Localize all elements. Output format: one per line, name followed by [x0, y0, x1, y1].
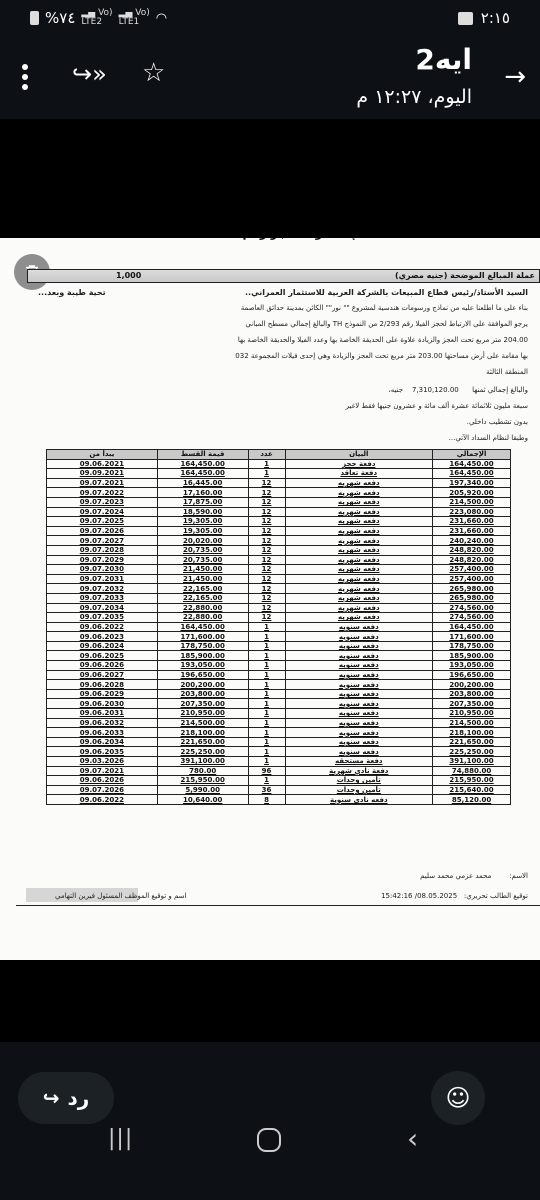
- cell-installment: 203,800.00: [157, 689, 248, 699]
- name-line: الاسم: محمد عزمي محمد سليم: [420, 872, 528, 880]
- total-unit: جنيه،: [388, 386, 403, 394]
- header-description: البيان: [285, 450, 433, 460]
- cell-count: 1: [248, 747, 285, 757]
- cell-count: 12: [248, 565, 285, 575]
- employee-name: فيرين التهامي: [55, 892, 95, 900]
- cell-total: 164,450.00: [433, 469, 511, 479]
- table-row: 09.07.202920,735.0012دفعه شهريه248,820.0…: [47, 555, 511, 565]
- table-row: 09.06.2035225,250.001دفعه سنويه225,250.0…: [47, 747, 511, 757]
- cell-description: دفعه سنويه: [285, 622, 433, 632]
- cell-total: 274,560.00: [433, 613, 511, 623]
- cell-description: دفعه سنويه: [285, 670, 433, 680]
- cell-count: 12: [248, 488, 285, 498]
- cell-installment: 210,950.00: [157, 709, 248, 719]
- cell-installment: 21,450.00: [157, 574, 248, 584]
- cell-description: تأمين وحدات: [285, 785, 433, 795]
- table-row: 09.07.203121,450.0012دفعه شهريه257,400.0…: [47, 574, 511, 584]
- back-button[interactable]: →: [504, 62, 526, 92]
- cell-start-date: 09.06.2024: [47, 641, 158, 651]
- cell-total: 265,980.00: [433, 593, 511, 603]
- cell-installment: 196,650.00: [157, 670, 248, 680]
- cell-installment: 22,880.00: [157, 603, 248, 613]
- cell-count: 1: [248, 670, 285, 680]
- cell-start-date: 09.07.2028: [47, 545, 158, 555]
- cell-count: 12: [248, 545, 285, 555]
- table-row: 09.07.203422,880.0012دفعه شهريه274,560.0…: [47, 603, 511, 613]
- cell-count: 12: [248, 478, 285, 488]
- signature-datetime: 15:42:16 /08.05.2025: [381, 892, 457, 900]
- forward-button[interactable]: ↪»: [72, 60, 107, 88]
- cell-count: 1: [248, 661, 285, 671]
- cell-count: 1: [248, 651, 285, 661]
- cell-description: دفعه شهريه: [285, 526, 433, 536]
- back-icon[interactable]: ‹: [407, 1122, 418, 1155]
- table-row: 09.06.2026193,050.001دفعه سنويه193,050.0…: [47, 661, 511, 671]
- table-row: 09.06.202210,640.008دفعه نادي سنوية85,12…: [47, 795, 511, 805]
- cell-description: دفعه شهريه: [285, 574, 433, 584]
- cell-start-date: 09.06.2026: [47, 661, 158, 671]
- cell-description: دفعه شهريه: [285, 536, 433, 546]
- cell-start-date: 09.06.2023: [47, 632, 158, 642]
- cell-installment: 16,445.00: [157, 478, 248, 488]
- cell-start-date: 09.06.2021: [47, 459, 158, 469]
- cell-total: 214,500.00: [433, 497, 511, 507]
- cell-installment: 19,305.00: [157, 526, 248, 536]
- more-options-button[interactable]: [22, 64, 30, 90]
- table-row: 09.03.2026391,100.001دفعة مستحقه391,100.…: [47, 757, 511, 767]
- cell-count: 1: [248, 689, 285, 699]
- table-row: 09.06.2022164,450.001دفعه سنويه164,450.0…: [47, 622, 511, 632]
- cell-total: 196,650.00: [433, 670, 511, 680]
- cell-description: دفعه سنويه: [285, 747, 433, 757]
- cell-start-date: 09.07.2023: [47, 497, 158, 507]
- cell-total: 265,980.00: [433, 584, 511, 594]
- cell-start-date: 09.06.2033: [47, 728, 158, 738]
- para-line-3: 204.00 متر مربع تحت العجز والزيادة علاوة…: [238, 336, 528, 344]
- cell-description: دفعه شهريه: [285, 497, 433, 507]
- cell-total: 257,400.00: [433, 574, 511, 584]
- table-row: 09.06.2021164,450.001دفعة حجز164,450.00: [47, 459, 511, 469]
- cell-installment: 171,600.00: [157, 632, 248, 642]
- cell-start-date: 09.07.2031: [47, 574, 158, 584]
- cell-installment: 22,880.00: [157, 613, 248, 623]
- table-row: 09.06.2026215,950.001تأمين وحدات215,950.…: [47, 776, 511, 786]
- cell-description: دفعه شهريه: [285, 517, 433, 527]
- table-row: 09.07.203021,450.0012دفعه شهريه257,400.0…: [47, 565, 511, 575]
- star-button[interactable]: ☆: [142, 58, 165, 88]
- currency-label: عملة المبالغ الموضحة (جنيه مصري): [395, 271, 535, 280]
- table-row: 09.07.203522,880.0012دفعه شهريه274,560.0…: [47, 613, 511, 623]
- more-vert-icon: [22, 64, 28, 70]
- cell-installment: 20,735.00: [157, 545, 248, 555]
- cell-start-date: 09.06.2027: [47, 670, 158, 680]
- forward-all-icon: ↪»: [72, 60, 107, 88]
- wifi-icon: ◠: [156, 11, 167, 26]
- cell-installment: 780.00: [157, 766, 248, 776]
- header-installment: قيمة القسط: [157, 450, 248, 460]
- header-start-date: يبدأ من: [47, 450, 158, 460]
- cell-start-date: 09.06.2031: [47, 709, 158, 719]
- table-row: 09.07.203222,165.0012دفعه شهريه265,980.0…: [47, 584, 511, 594]
- status-time-area: ٢:١٥: [458, 9, 510, 27]
- cell-installment: 19,305.00: [157, 517, 248, 527]
- cell-total: 248,820.00: [433, 545, 511, 555]
- cell-total: 215,640.00: [433, 785, 511, 795]
- cell-installment: 21,450.00: [157, 565, 248, 575]
- table-row: 09.06.2028200,200.001دفعه سنويه200,200.0…: [47, 680, 511, 690]
- cell-start-date: 09.07.2035: [47, 613, 158, 623]
- cell-description: دفعه شهريه: [285, 478, 433, 488]
- cell-total: 221,650.00: [433, 737, 511, 747]
- cell-count: 1: [248, 776, 285, 786]
- employee-line: اسم و توقيع الموظف المسئول فيرين التهامي: [55, 892, 186, 900]
- name-label: الاسم:: [509, 872, 528, 880]
- cell-total: 74,880.00: [433, 766, 511, 776]
- table-row: 09.07.202116,445.0012دفعه شهريه197,340.0…: [47, 478, 511, 488]
- cell-count: 1: [248, 718, 285, 728]
- cell-installment: 164,450.00: [157, 459, 248, 469]
- cell-total: 210,950.00: [433, 709, 511, 719]
- cell-start-date: 09.07.2033: [47, 593, 158, 603]
- cell-total: 178,750.00: [433, 641, 511, 651]
- document-image[interactable]: إستمارة الحجز رقم3025226 عملة المبالغ ال…: [0, 238, 540, 960]
- cell-count: 12: [248, 613, 285, 623]
- cell-count: 12: [248, 574, 285, 584]
- cell-installment: 22,165.00: [157, 593, 248, 603]
- sender-name: ايه2: [415, 43, 472, 76]
- cell-description: دفعه سنويه: [285, 632, 433, 642]
- cell-installment: 391,100.00: [157, 757, 248, 767]
- cell-count: 1: [248, 632, 285, 642]
- table-header-row: يبدأ من قيمة القسط عدد البيان الإجمالي: [47, 450, 511, 460]
- cell-installment: 221,650.00: [157, 737, 248, 747]
- table-row: 09.07.202519,305.0012دفعه شهريه231,660.0…: [47, 517, 511, 527]
- table-body: 09.06.2021164,450.001دفعة حجز164,450.000…: [47, 459, 511, 804]
- cell-total: 248,820.00: [433, 555, 511, 565]
- cell-installment: 5,990.00: [157, 785, 248, 795]
- table-row: 09.06.2023171,600.001دفعه سنويه171,600.0…: [47, 632, 511, 642]
- signal-icon-2: ▂▄ Vo)LTE1: [119, 9, 150, 27]
- cell-total: 223,080.00: [433, 507, 511, 517]
- cell-count: 36: [248, 785, 285, 795]
- cell-count: 8: [248, 795, 285, 805]
- table-row: 09.06.2034221,650.001دفعه سنويه221,650.0…: [47, 737, 511, 747]
- cell-start-date: 09.06.2026: [47, 776, 158, 786]
- cell-installment: 207,350.00: [157, 699, 248, 709]
- cell-installment: 17,160.00: [157, 488, 248, 498]
- cell-installment: 20,020.00: [157, 536, 248, 546]
- system-nav-bar: ||| ‹: [0, 1120, 540, 1200]
- cell-total: 274,560.00: [433, 603, 511, 613]
- cell-description: دفعه سنويه: [285, 699, 433, 709]
- payment-schedule-table: يبدأ من قيمة القسط عدد البيان الإجمالي 0…: [46, 449, 511, 805]
- cell-description: دفعه سنويه: [285, 641, 433, 651]
- table-row: 09.06.2030207,350.001دفعه سنويه207,350.0…: [47, 699, 511, 709]
- cell-total: 391,100.00: [433, 757, 511, 767]
- signal-icon: ▂▄ Vo)LTE2: [81, 9, 112, 27]
- cell-description: دفعه شهريه: [285, 593, 433, 603]
- cell-installment: 18,590.00: [157, 507, 248, 517]
- cell-description: دفعه شهريه: [285, 565, 433, 575]
- cell-count: 1: [248, 709, 285, 719]
- cell-description: دفعه سنويه: [285, 709, 433, 719]
- cell-installment: 17,875.00: [157, 497, 248, 507]
- cell-total: 193,050.00: [433, 661, 511, 671]
- table-row: 09.07.202317,875.0012دفعه شهريه214,500.0…: [47, 497, 511, 507]
- cell-start-date: 09.07.2024: [47, 507, 158, 517]
- note-finishing: بدون تشطيب داخلي.: [467, 418, 528, 426]
- cell-total: 203,800.00: [433, 689, 511, 699]
- reply-button[interactable]: رد ↪: [18, 1072, 114, 1124]
- cell-installment: 200,200.00: [157, 680, 248, 690]
- cell-start-date: 09.06.2034: [47, 737, 158, 747]
- cell-count: 12: [248, 603, 285, 613]
- para-line-2: يرجو الموافقة على الارتباط لحجز الفيلا ر…: [245, 320, 528, 328]
- cell-description: دفعه شهريه: [285, 488, 433, 498]
- cell-installment: 164,450.00: [157, 622, 248, 632]
- cell-installment: 193,050.00: [157, 661, 248, 671]
- cell-installment: 225,250.00: [157, 747, 248, 757]
- cell-total: 205,920.00: [433, 488, 511, 498]
- cell-count: 1: [248, 728, 285, 738]
- cell-start-date: 09.07.2030: [47, 565, 158, 575]
- employee-label: اسم و توقيع الموظف المسئول: [97, 892, 186, 900]
- recents-icon[interactable]: |||: [108, 1126, 133, 1151]
- total-words: سبعة مليون ثلاثمائة عشرة ألف مائة و عشرو…: [346, 402, 528, 410]
- cell-count: 12: [248, 555, 285, 565]
- table-row: 09.06.2029203,800.001دفعه سنويه203,800.0…: [47, 689, 511, 699]
- cell-count: 1: [248, 757, 285, 767]
- cell-description: دفعه شهريه: [285, 603, 433, 613]
- table-row: 09.07.202217,160.0012دفعه شهريه205,920.0…: [47, 488, 511, 498]
- cell-description: دفعه سنويه: [285, 737, 433, 747]
- table-row: 09.07.2021780.0096دفعة نادي شهرية74,880.…: [47, 766, 511, 776]
- clock: ٢:١٥: [481, 9, 510, 27]
- table-row: 09.06.2031210,950.001دفعه سنويه210,950.0…: [47, 709, 511, 719]
- total-value: 7,310,120.00: [412, 386, 459, 394]
- gallery-notification-icon: [458, 12, 473, 25]
- table-row: 09.07.202720,020.0012دفعه شهريه240,240.0…: [47, 536, 511, 546]
- cell-count: 1: [248, 459, 285, 469]
- cell-description: دفعه سنويه: [285, 728, 433, 738]
- cell-installment: 215,950.00: [157, 776, 248, 786]
- cell-start-date: 09.06.2035: [47, 747, 158, 757]
- cell-count: 12: [248, 593, 285, 603]
- cell-description: دفعة تعاقد: [285, 469, 433, 479]
- cell-description: دفعه شهريه: [285, 507, 433, 517]
- cell-count: 12: [248, 517, 285, 527]
- currency-header: عملة المبالغ الموضحة (جنيه مصري) 1,000: [27, 269, 540, 283]
- para-line-5: المنطقة الثالثة: [486, 368, 528, 376]
- document-title: إستمارة الحجز رقم3025226: [0, 238, 540, 240]
- cell-total: 214,500.00: [433, 718, 511, 728]
- cell-total: 85,120.00: [433, 795, 511, 805]
- cell-start-date: 09.07.2022: [47, 488, 158, 498]
- cell-description: تأمين وحدات: [285, 776, 433, 786]
- cell-count: 12: [248, 584, 285, 594]
- reply-arrow-icon: ↪: [43, 1086, 60, 1110]
- cell-start-date: 09.06.2030: [47, 699, 158, 709]
- cell-total: 197,340.00: [433, 478, 511, 488]
- cell-description: دفعه سنويه: [285, 689, 433, 699]
- cell-total: 240,240.00: [433, 536, 511, 546]
- battery-percent: %٧٤: [45, 9, 75, 27]
- cell-count: 12: [248, 536, 285, 546]
- cell-start-date: 09.03.2026: [47, 757, 158, 767]
- cell-start-date: 09.07.2021: [47, 766, 158, 776]
- cell-count: 1: [248, 737, 285, 747]
- table-row: 09.07.202418,590.0012دفعه شهريه223,080.0…: [47, 507, 511, 517]
- table-row: 09.06.2032214,500.001دفعه سنويه214,500.0…: [47, 718, 511, 728]
- cell-description: دفعة حجز: [285, 459, 433, 469]
- table-row: 09.07.203322,165.0012دفعه شهريه265,980.0…: [47, 593, 511, 603]
- cell-total: 231,660.00: [433, 526, 511, 536]
- message-time: اليوم، ١٢:٢٧ م: [356, 86, 472, 108]
- cell-total: 218,100.00: [433, 728, 511, 738]
- cell-description: دفعة مستحقه: [285, 757, 433, 767]
- cell-description: دفعه شهريه: [285, 545, 433, 555]
- signature-line: توقيع الطالب تحريري: 15:42:16 /08.05.202…: [381, 892, 528, 900]
- add-reaction-button[interactable]: ☺: [431, 1071, 485, 1125]
- table-row: 09.07.20265,990.0036تأمين وحدات215,640.0…: [47, 785, 511, 795]
- cell-description: دفعه سنويه: [285, 680, 433, 690]
- cell-installment: 214,500.00: [157, 718, 248, 728]
- cell-description: دفعه شهريه: [285, 613, 433, 623]
- app-bar: → ايه2 اليوم، ١٢:٢٧ م ☆ ↪»: [0, 38, 540, 119]
- cell-start-date: 09.06.2022: [47, 795, 158, 805]
- cell-installment: 218,100.00: [157, 728, 248, 738]
- back-arrow-icon: →: [504, 62, 526, 92]
- cell-description: دفعة نادي شهرية: [285, 766, 433, 776]
- cell-total: 200,200.00: [433, 680, 511, 690]
- cell-start-date: 09.07.2021: [47, 478, 158, 488]
- status-bar: %٧٤ ▂▄ Vo)LTE2 ▂▄ Vo)LTE1 ◠ ٢:١٥: [0, 0, 540, 38]
- battery-icon: [30, 11, 39, 25]
- cell-installment: 20,735.00: [157, 555, 248, 565]
- cell-installment: 164,450.00: [157, 469, 248, 479]
- table-row: 09.06.2033218,100.001دفعه سنويه218,100.0…: [47, 728, 511, 738]
- cell-start-date: 09.06.2022: [47, 622, 158, 632]
- total-line: والبالغ إجمالي ثمنها 7,310,120.00 جنيه،: [388, 386, 528, 394]
- cell-start-date: 09.07.2025: [47, 517, 158, 527]
- cell-count: 12: [248, 507, 285, 517]
- add-reaction-icon: ☺: [445, 1084, 470, 1112]
- currency-value: 1,000: [116, 271, 141, 280]
- cell-start-date: 09.06.2029: [47, 689, 158, 699]
- para-line-1: بناء على ما اطلعنا عليه من نماذج ورسومات…: [241, 304, 528, 312]
- cell-description: دفعه سنويه: [285, 718, 433, 728]
- cell-description: دفعه سنويه: [285, 651, 433, 661]
- cell-description: دفعه شهريه: [285, 555, 433, 565]
- para-line-4: بها مقامة على أرض مساحتها 203.00 متر مرب…: [235, 352, 528, 360]
- note-payment-system: وطبقا لنظام السداد الآتي...: [449, 434, 528, 442]
- cell-installment: 185,900.00: [157, 651, 248, 661]
- cell-total: 215,950.00: [433, 776, 511, 786]
- cell-start-date: 09.06.2028: [47, 680, 158, 690]
- reply-label: رد: [68, 1086, 90, 1110]
- table-row: 09.06.2025185,900.001دفعه سنويه185,900.0…: [47, 651, 511, 661]
- cell-count: 1: [248, 680, 285, 690]
- home-icon[interactable]: [257, 1128, 281, 1152]
- cell-count: 1: [248, 641, 285, 651]
- total-label: والبالغ إجمالي ثمنها: [472, 386, 528, 394]
- cell-description: دفعه شهريه: [285, 584, 433, 594]
- cell-start-date: 09.07.2027: [47, 536, 158, 546]
- cell-start-date: 09.07.2026: [47, 785, 158, 795]
- table-row: 09.06.2024178,750.001دفعه سنويه178,750.0…: [47, 641, 511, 651]
- cell-count: 12: [248, 497, 285, 507]
- cell-start-date: 09.07.2029: [47, 555, 158, 565]
- cell-description: دفعه سنويه: [285, 661, 433, 671]
- cell-start-date: 09.06.2032: [47, 718, 158, 728]
- cell-count: 12: [248, 526, 285, 536]
- cell-start-date: 09.09.2021: [47, 469, 158, 479]
- cell-description: دفعه نادي سنوية: [285, 795, 433, 805]
- table-row: 09.09.2021164,450.001دفعة تعاقد164,450.0…: [47, 469, 511, 479]
- cell-total: 207,350.00: [433, 699, 511, 709]
- status-indicators: %٧٤ ▂▄ Vo)LTE2 ▂▄ Vo)LTE1 ◠: [30, 9, 167, 27]
- cell-start-date: 09.07.2032: [47, 584, 158, 594]
- table-row: 09.06.2027196,650.001دفعه سنويه196,650.0…: [47, 670, 511, 680]
- cell-count: 1: [248, 622, 285, 632]
- cell-total: 185,900.00: [433, 651, 511, 661]
- cell-count: 1: [248, 469, 285, 479]
- addressee: السيد الأستاذ/رئيس قطاع المبيعات بالشركة…: [245, 288, 528, 297]
- signature-label: توقيع الطالب تحريري:: [464, 892, 528, 900]
- cell-start-date: 09.07.2034: [47, 603, 158, 613]
- cell-count: 1: [248, 699, 285, 709]
- cell-total: 257,400.00: [433, 565, 511, 575]
- cell-total: 225,250.00: [433, 747, 511, 757]
- cell-total: 171,600.00: [433, 632, 511, 642]
- table-row: 09.07.202619,305.0012دفعه شهريه231,660.0…: [47, 526, 511, 536]
- name-value: محمد عزمي محمد سليم: [420, 872, 491, 880]
- cell-installment: 22,165.00: [157, 584, 248, 594]
- table-row: 09.07.202820,735.0012دفعه شهريه248,820.0…: [47, 545, 511, 555]
- cell-start-date: 09.06.2025: [47, 651, 158, 661]
- cell-total: 164,450.00: [433, 622, 511, 632]
- header-count: عدد: [248, 450, 285, 460]
- header-total: الإجمالي: [433, 450, 511, 460]
- signature-underline: [16, 905, 540, 906]
- cell-installment: 178,750.00: [157, 641, 248, 651]
- star-icon: ☆: [142, 58, 165, 88]
- cell-total: 164,450.00: [433, 459, 511, 469]
- greeting: تحية طيبة وبعد...: [38, 288, 106, 297]
- cell-start-date: 09.07.2026: [47, 526, 158, 536]
- cell-count: 96: [248, 766, 285, 776]
- cell-total: 231,660.00: [433, 517, 511, 527]
- cell-installment: 10,640.00: [157, 795, 248, 805]
